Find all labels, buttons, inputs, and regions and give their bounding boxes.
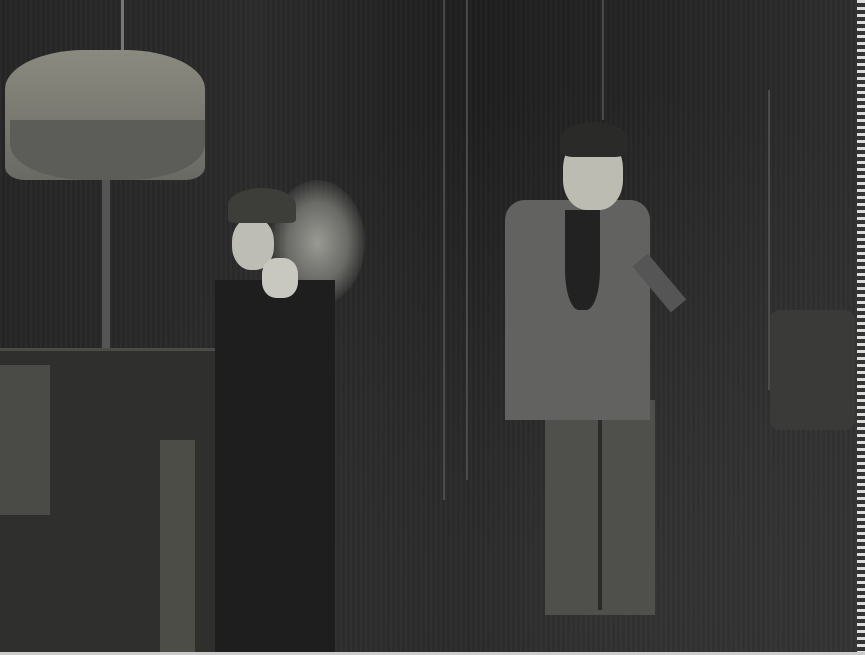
young-man-hair	[560, 122, 628, 157]
curtain-cord	[602, 0, 604, 120]
armchair	[770, 310, 855, 430]
man-in-hat-hat	[228, 188, 296, 223]
film-edge	[857, 0, 865, 655]
man-in-hat-hand	[262, 258, 298, 298]
young-man-tie	[565, 210, 600, 310]
curtain-fold	[443, 0, 445, 500]
curtain-fold	[466, 0, 468, 480]
cabinet-carving	[0, 365, 50, 515]
cabinet-panel	[160, 440, 195, 655]
lamp-fringe	[10, 120, 205, 180]
young-man-leg-gap	[598, 410, 602, 610]
lamp-pole	[102, 180, 110, 350]
man-in-hat-body	[215, 280, 335, 655]
lamp-cord	[121, 0, 124, 50]
film-still	[0, 0, 865, 655]
